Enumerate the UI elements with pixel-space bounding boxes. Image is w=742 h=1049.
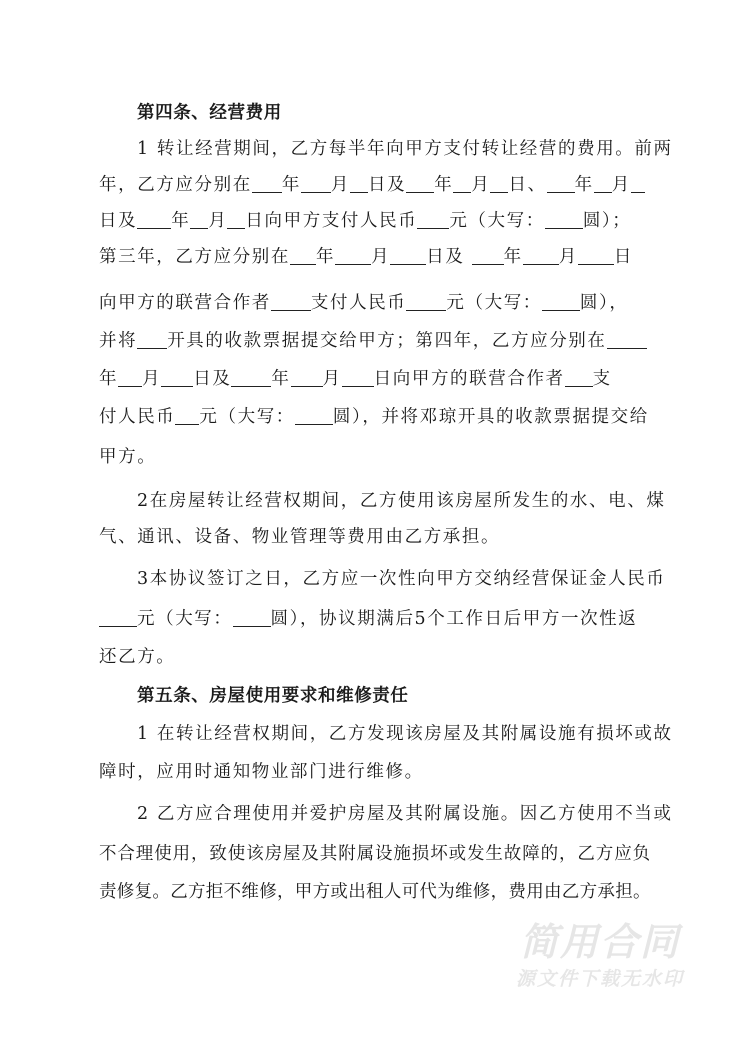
article-4-para-1-line-7: 年月日及年月日向甲方的联营合作者支	[99, 367, 612, 391]
text-segment: 圆），并将邓琼开具的收款票据提交给	[333, 407, 649, 427]
blank-field	[545, 210, 583, 229]
blank-field	[231, 368, 271, 387]
text-segment: 月	[142, 369, 161, 389]
article-5-para-2-line-3: 责修复。乙方拒不维修，甲方或出租人可代为维修，费用由乙方承担。	[99, 880, 651, 904]
blank-field	[406, 174, 434, 193]
blank-field	[301, 174, 331, 193]
article-5-para-2-line-2: 不合理使用，致使该房屋及其附属设施损坏或发生故障的，乙方应负	[99, 842, 651, 866]
text-segment: 月	[331, 175, 350, 195]
text-segment: 年	[271, 369, 290, 389]
text-segment: 日及	[99, 211, 137, 231]
watermark: 简用合同 源文件下载无水印	[505, 920, 695, 994]
text-segment: 年	[575, 175, 594, 195]
text-segment: 年	[99, 369, 118, 389]
text-segment: 支	[593, 369, 612, 389]
blank-field	[472, 246, 504, 265]
article-5-para-1-line-2: 障时，应用时通知物业部门进行维修。	[99, 760, 424, 784]
text-segment: 月	[471, 175, 490, 195]
blank-field	[607, 330, 647, 349]
blank-field	[137, 330, 167, 349]
blank-field	[335, 246, 371, 265]
blank-field	[227, 210, 245, 229]
article-4-para-2-line-2: 气、通讯、设备、物业管理等费用由乙方承担。	[99, 525, 500, 549]
blank-field	[252, 174, 282, 193]
blank-field	[291, 368, 323, 387]
article-4-heading: 第四条、经营费用	[137, 101, 282, 125]
article-4-para-1-line-4: 第三年，乙方应分别在年月日及 年月日	[99, 245, 633, 269]
text-segment: 年	[316, 247, 335, 267]
text-segment: 月	[323, 369, 342, 389]
text-segment: 元（大写：	[446, 293, 542, 313]
blank-field	[290, 246, 316, 265]
article-4-para-3-line-3: 还乙方。	[99, 645, 175, 669]
text-segment: 年	[504, 247, 523, 267]
blank-field	[271, 292, 311, 311]
text-segment: 并将	[99, 331, 137, 351]
blank-field	[137, 210, 171, 229]
blank-field	[578, 246, 614, 265]
article-5-para-2-line-1: 2 乙方应合理使用并爱护房屋及其附属设施。因乙方使用不当或	[137, 802, 673, 826]
watermark-title: 简用合同	[505, 920, 695, 964]
text-segment: 日及	[426, 247, 471, 267]
text-segment: 圆）；	[583, 211, 632, 231]
blank-field	[542, 292, 580, 311]
text-segment: 月	[208, 211, 227, 231]
text-segment: 日及	[368, 175, 406, 195]
text-segment: 年，乙方应分别在	[99, 175, 252, 195]
watermark-subtitle: 源文件下载无水印	[505, 964, 695, 994]
blank-field	[175, 406, 199, 425]
text-segment: 元（大写：	[137, 609, 233, 629]
blank-field	[190, 210, 208, 229]
blank-field	[453, 174, 471, 193]
text-segment: 日	[614, 247, 633, 267]
text-segment: 日向甲方支付人民币	[245, 211, 417, 231]
document-page: 第四条、经营费用 1 转让经营期间，乙方每半年向甲方支付转让经营的费用。前两 年…	[0, 0, 742, 1049]
article-4-para-1-line-9: 甲方。	[99, 445, 156, 469]
blank-field	[406, 292, 446, 311]
text-segment: 支付人民币	[311, 293, 407, 313]
blank-field	[631, 174, 645, 193]
blank-field	[118, 368, 142, 387]
article-5-heading: 第五条、房屋使用要求和维修责任	[137, 684, 409, 708]
text-segment: 月	[371, 247, 390, 267]
article-5-para-1-line-1: 1 在转让经营权期间，乙方发现该房屋及其附属设施有损坏或故	[137, 722, 673, 746]
blank-field	[350, 174, 368, 193]
text-segment: 日及	[193, 369, 231, 389]
article-4-para-3-line-2: 元（大写：圆），协议期满后5个工作日后甲方一次性返	[99, 607, 637, 631]
text-segment: 付人民币	[99, 407, 175, 427]
blank-field	[565, 368, 593, 387]
blank-field	[233, 608, 271, 627]
text-segment: 日、	[508, 175, 546, 195]
text-segment: 年	[171, 211, 190, 231]
article-4-para-1-line-1: 1 转让经营期间，乙方每半年向甲方支付转让经营的费用。前两	[137, 137, 673, 161]
blank-field	[295, 406, 333, 425]
text-segment: 第三年，乙方应分别在	[99, 247, 290, 267]
text-segment: 年	[282, 175, 301, 195]
article-4-para-3-line-1: 3本协议签订之日，乙方应一次性向甲方交纳经营保证金人民币	[137, 567, 665, 591]
text-segment: 日向甲方的联营合作者	[374, 369, 565, 389]
article-4-para-1-line-5: 向甲方的联营合作者支付人民币元（大写：圆），	[99, 291, 628, 315]
text-segment: 元（大写：	[449, 211, 545, 231]
blank-field	[390, 246, 426, 265]
blank-field	[523, 246, 559, 265]
blank-field	[161, 368, 193, 387]
blank-field	[594, 174, 612, 193]
blank-field	[99, 608, 137, 627]
blank-field	[490, 174, 508, 193]
text-segment: 圆），协议期满后5个工作日后甲方一次性返	[271, 609, 638, 629]
text-segment: 月	[612, 175, 631, 195]
blank-field	[547, 174, 575, 193]
article-4-para-1-line-2: 年，乙方应分别在年月日及年月日、年月	[99, 173, 645, 197]
blank-field	[342, 368, 374, 387]
article-4-para-1-line-3: 日及年月日向甲方支付人民币元（大写：圆）；	[99, 209, 631, 233]
article-4-para-1-line-6: 并将开具的收款票据提交给甲方；第四年，乙方应分别在	[99, 329, 647, 353]
article-4-para-1-line-8: 付人民币元（大写：圆），并将邓琼开具的收款票据提交给	[99, 405, 649, 429]
text-segment: 年	[434, 175, 453, 195]
text-segment: 月	[559, 247, 578, 267]
text-segment: 圆），	[580, 293, 629, 313]
text-segment: 元（大写：	[199, 407, 295, 427]
text-segment: 向甲方的联营合作者	[99, 293, 271, 313]
article-4-para-2-line-1: 2在房屋转让经营权期间，乙方使用该房屋所发生的水、电、煤	[137, 489, 665, 513]
blank-field	[417, 210, 449, 229]
text-segment: 开具的收款票据提交给甲方；第四年，乙方应分别在	[167, 331, 606, 351]
